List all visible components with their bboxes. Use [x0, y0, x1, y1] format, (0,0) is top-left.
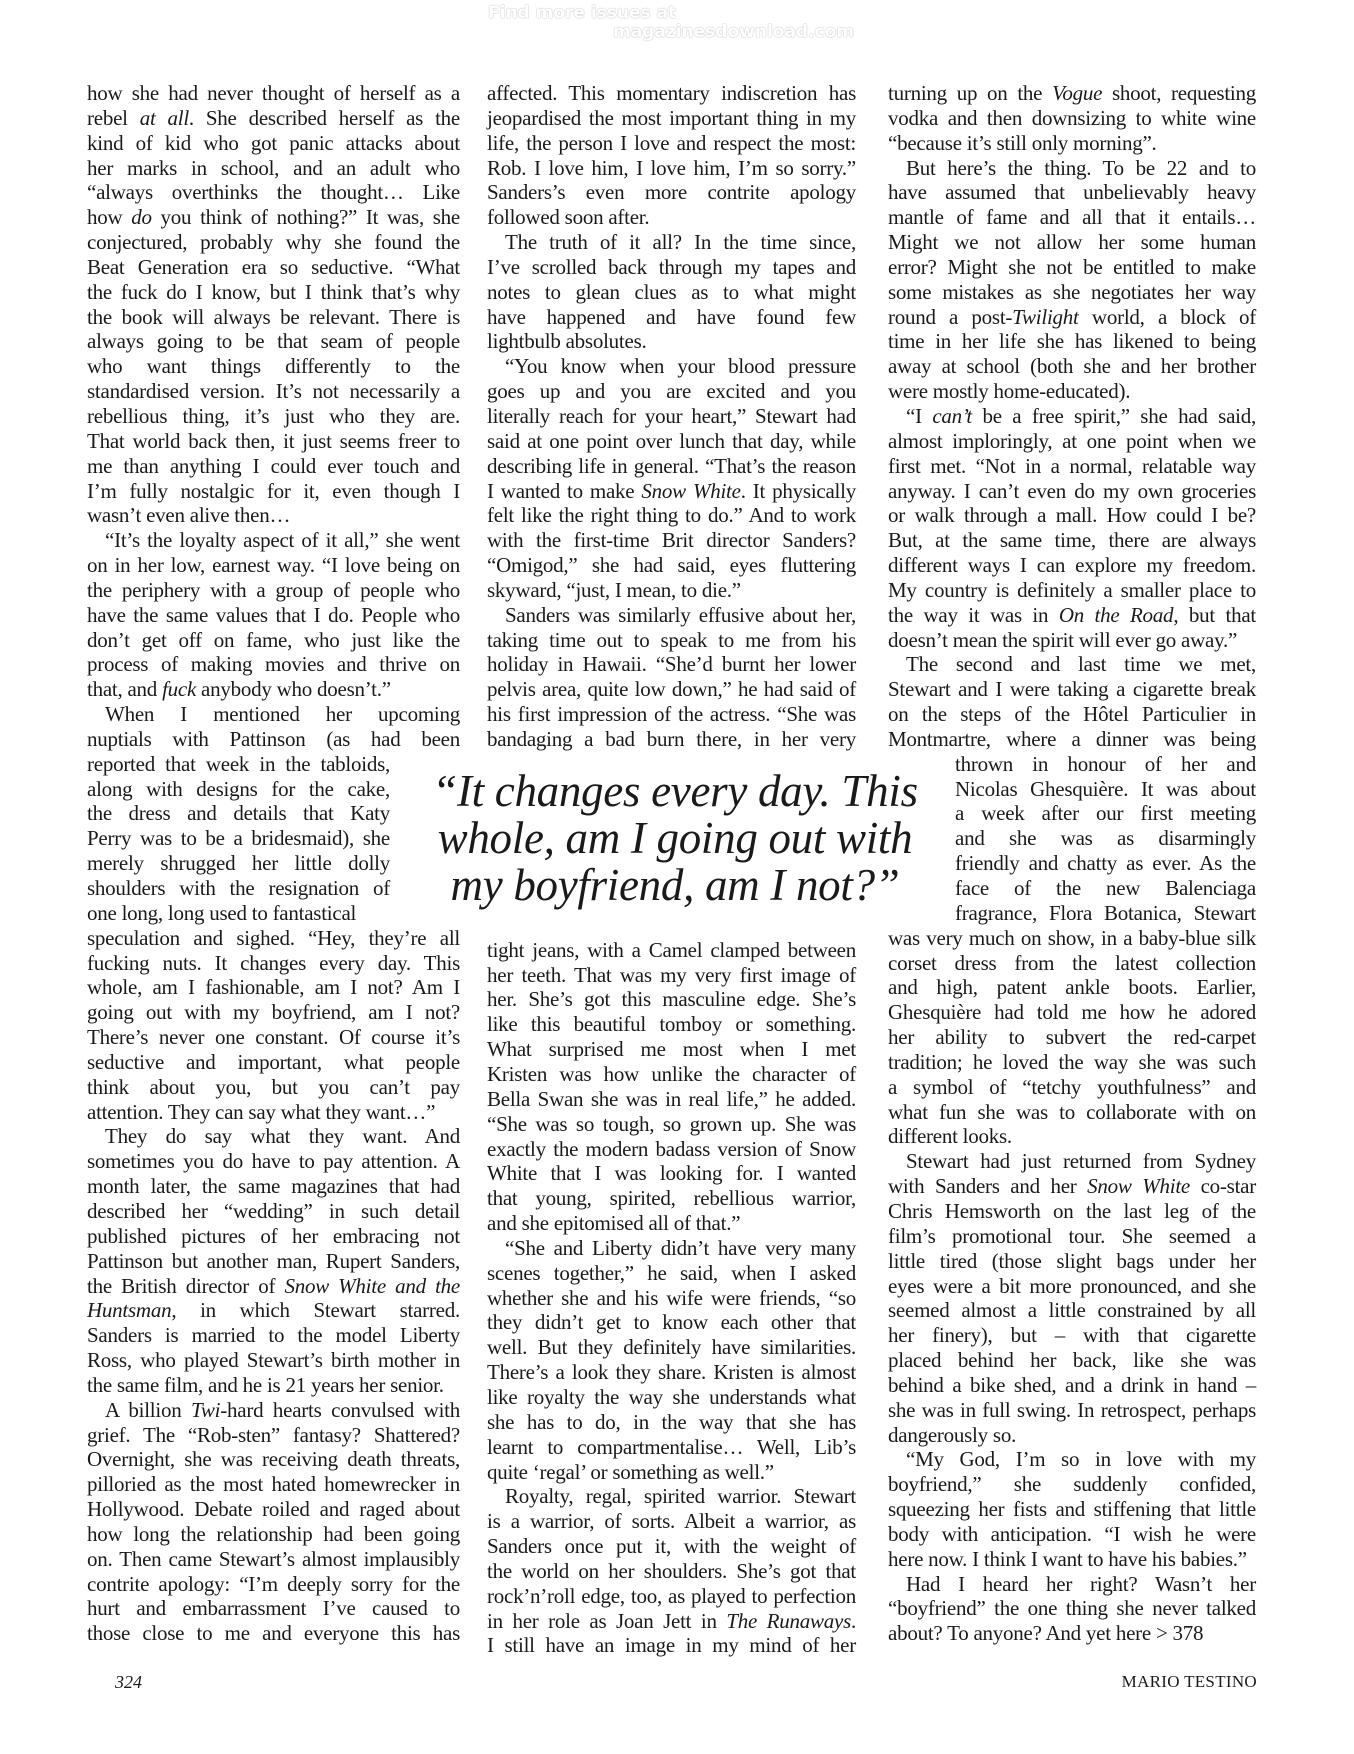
article-line: Might we not allow her some human	[888, 230, 1256, 255]
article-line: Overnight, she was receiving death threa…	[87, 1447, 460, 1472]
article-line: almost imploringly, at one point when we	[888, 429, 1256, 454]
article-line: The truth of it all? In the time since,	[487, 230, 856, 255]
article-line: the same film, and he is 21 years her se…	[87, 1373, 460, 1398]
article-line: Ross, who played Stewart’s birth mother …	[87, 1348, 460, 1373]
article-line: speculation and sighed. “Hey, they’re al…	[87, 926, 460, 951]
article-line: away at school (both she and her brother	[888, 354, 1256, 379]
article-line: lightbulb absolutes.	[487, 329, 856, 354]
article-line: going out with my boyfriend, am I not?	[87, 1000, 460, 1025]
watermark: Find more issues at magazinesdownload.co…	[480, 4, 880, 42]
article-line: error? Might she not be entitled to make	[888, 255, 1256, 280]
article-line: jeopardised the most important thing in …	[487, 106, 856, 131]
article-line: White that I was looking for. I wanted	[487, 1161, 856, 1186]
pull-quote: “It changes every day. This whole, am I …	[395, 768, 955, 909]
article-line: and she was as disarmingly	[955, 826, 1256, 851]
article-line: Stewart and I were taking a cigarette br…	[888, 677, 1256, 702]
pull-quote-line: “It changes every day. This	[395, 768, 955, 815]
article-line: rebellious thing, it’s just who they are…	[87, 404, 460, 429]
article-line: conjectured, probably why she found the	[87, 230, 460, 255]
article-line: Sanders’s even more contrite apology	[487, 180, 856, 205]
article-line: eyes were a bit more pronounced, and she	[888, 1274, 1256, 1299]
article-line: nuptials with Pattinson (as had been	[87, 727, 460, 752]
article-line: learnt to compartmentalise… Well, Lib’s	[487, 1435, 856, 1460]
article-line: she was in full swing. In retrospect, pe…	[888, 1398, 1256, 1423]
article-line: “boyfriend” the one thing she never talk…	[888, 1596, 1256, 1621]
article-line: a week after our first meeting	[955, 801, 1256, 826]
article-line: the periphery with a group of people who	[87, 578, 460, 603]
article-line: what fun she was to collaborate with on	[888, 1100, 1256, 1125]
article-line: skyward, “just, I mean, to die.”	[487, 578, 856, 603]
article-line: have the same values that I do. People w…	[87, 603, 460, 628]
article-line: contrite apology: “I’m deeply sorry for …	[87, 1572, 460, 1597]
article-line: Sanders once put it, with the weight of	[487, 1534, 856, 1559]
article-line: doesn’t mean the spirit will ever go awa…	[888, 628, 1256, 653]
article-line: published pictures of her embracing not	[87, 1224, 460, 1249]
article-line: or walk through a mall. How could I be?	[888, 503, 1256, 528]
article-line: different ways I can explore my freedom.	[888, 553, 1256, 578]
article-line: on the steps of the Hôtel Particulier in	[888, 702, 1256, 727]
article-line: taking time out to speak to me from his	[487, 628, 856, 653]
article-line: the world on her shoulders. She’s got th…	[487, 1559, 856, 1584]
article-line: on. Then came Stewart’s almost implausib…	[87, 1547, 460, 1572]
article-line: the dress and details that Katy	[87, 801, 390, 826]
article-line: with Sanders and her Snow White co-star	[888, 1174, 1256, 1199]
article-line: “always overthinks the thought… Like	[87, 180, 460, 205]
pull-quote-line: my boyfriend, am I not?”	[395, 862, 955, 909]
article-line: the fuck do I know, but I think that’s w…	[87, 280, 460, 305]
article-line: little tired (those slight bags under he…	[888, 1249, 1256, 1274]
article-line: “It’s the loyalty aspect of it all,” she…	[87, 528, 460, 553]
article-line: those close to me and everyone this has	[87, 1621, 460, 1646]
article-line: like this beautiful tomboy or something.	[487, 1012, 856, 1037]
article-line: described her “wedding” in such detail	[87, 1199, 460, 1224]
article-line: her ability to subvert the red-carpet	[888, 1025, 1256, 1050]
article-line: about? To anyone? And yet here > 378	[888, 1621, 1256, 1646]
article-line: pelvis area, quite low down,” he had sai…	[487, 677, 856, 702]
article-line: shoulders with the resignation of	[87, 876, 390, 901]
article-line: was very much on show, in a baby-blue si…	[888, 926, 1256, 951]
article-line: rebel at all. She described herself as t…	[87, 106, 460, 131]
article-line: friendly and chatty as ever. As the	[955, 851, 1256, 876]
article-line: and she epitomised all of that.”	[487, 1211, 856, 1236]
article-line: mantle of fame and all that it entails…	[888, 205, 1256, 230]
page-number: 324	[115, 1672, 142, 1693]
article-line: how she had never thought of herself as …	[87, 81, 460, 106]
article-line: dangerously so.	[888, 1423, 1256, 1448]
article-line: Kristen was how unlike the character of	[487, 1062, 856, 1087]
article-line: followed soon after.	[487, 205, 856, 230]
article-line: affected. This momentary indiscretion ha…	[487, 81, 856, 106]
magazine-page: Find more issues at magazinesdownload.co…	[0, 0, 1354, 1754]
article-line: whole, am I fashionable, am I not? Am I	[87, 975, 460, 1000]
article-line: felt like the right thing to do.” And to…	[487, 503, 856, 528]
article-line: Chris Hemsworth on the last leg of the	[888, 1199, 1256, 1224]
article-line: her teeth. That was my very first image …	[487, 963, 856, 988]
article-line: her finery), but – with that cigarette	[888, 1323, 1256, 1348]
article-line: process of making movies and thrive on	[87, 652, 460, 677]
article-line: said at one point over lunch that day, w…	[487, 429, 856, 454]
article-line: whether she and his wife were friends, “…	[487, 1286, 856, 1311]
article-line: me than anything I could ever touch and	[87, 454, 460, 479]
article-line: Hollywood. Debate roiled and raged about	[87, 1497, 460, 1522]
article-line: face of the new Balenciaga	[955, 876, 1256, 901]
article-line: don’t get off on fame, who just like the	[87, 628, 460, 653]
article-line: fucking nuts. It changes every day. This	[87, 951, 460, 976]
article-line: have assumed that unbelievably heavy	[888, 180, 1256, 205]
article-line: they didn’t get to know each other that	[487, 1310, 856, 1335]
article-line: Pattinson but another man, Rupert Sander…	[87, 1249, 460, 1274]
article-line: body with anticipation. “I wish he were	[888, 1522, 1256, 1547]
article-line: Huntsman, in which Stewart starred.	[87, 1298, 460, 1323]
article-line: Ghesquière had told me how he adored	[888, 1000, 1256, 1025]
article-line: squeezing her fists and stiffening that …	[888, 1497, 1256, 1522]
watermark-line-1: Find more issues at	[480, 4, 880, 23]
article-line: that, and fuck anybody who doesn’t.”	[87, 677, 460, 702]
article-line: how do you think of nothing?” It was, sh…	[87, 205, 460, 230]
article-line: A billion Twi-hard hearts convulsed with	[87, 1398, 460, 1423]
article-line: fragrance, Flora Botanica, Stewart	[955, 901, 1256, 926]
article-line: time in her life she has likened to bein…	[888, 329, 1256, 354]
article-line: hurt and embarrassment I’ve caused to	[87, 1596, 460, 1621]
watermark-line-2: magazinesdownload.com	[480, 23, 880, 42]
article-line: with the first-time Brit director Sander…	[487, 528, 856, 553]
article-line: That world back then, it just seems free…	[87, 429, 460, 454]
article-line: Had I heard her right? Wasn’t her	[888, 1572, 1256, 1597]
article-line: The second and last time we met,	[888, 652, 1256, 677]
article-line: grief. The “Rob-sten” fantasy? Shattered…	[87, 1423, 460, 1448]
article-line: different looks.	[888, 1124, 1256, 1149]
article-line: Stewart had just returned from Sydney	[888, 1149, 1256, 1174]
article-line: There’s never one constant. Of course it…	[87, 1025, 460, 1050]
article-line: Perry was to be a bridesmaid), she	[87, 826, 390, 851]
article-line: My country is definitely a smaller place…	[888, 578, 1256, 603]
article-line: how long the relationship had been going	[87, 1522, 460, 1547]
article-line: Nicolas Ghesquière. It was about	[955, 777, 1256, 802]
article-line: When I mentioned her upcoming	[87, 702, 460, 727]
article-line: I’ve scrolled back through my tapes and	[487, 255, 856, 280]
article-line: holiday in Hawaii. “She’d burnt her lowe…	[487, 652, 856, 677]
article-line: a symbol of “tetchy youthfulness” and	[888, 1075, 1256, 1100]
article-line: quite ‘regal’ or something as well.”	[487, 1460, 856, 1485]
article-line: describing life in general. “That’s the …	[487, 454, 856, 479]
article-line: Montmartre, where a dinner was being	[888, 727, 1256, 752]
article-line: “She and Liberty didn’t have very many	[487, 1236, 856, 1261]
article-line: his first impression of the actress. “Sh…	[487, 702, 856, 727]
article-line: “because it’s still only morning”.	[888, 131, 1256, 156]
article-line: who want things differently to the	[87, 354, 460, 379]
article-line: the way it was in On the Road, but that	[888, 603, 1256, 628]
article-line: But here’s the thing. To be 22 and to	[888, 156, 1256, 181]
article-line: “She was so tough, so grown up. She was	[487, 1112, 856, 1137]
article-line: There’s a look they share. Kristen is al…	[487, 1360, 856, 1385]
article-line: Royalty, regal, spirited warrior. Stewar…	[487, 1484, 856, 1509]
article-line: scenes together,” he said, when I asked	[487, 1261, 856, 1286]
article-line: They do say what they want. And	[87, 1124, 460, 1149]
article-line: Sanders was similarly effusive about her…	[487, 603, 856, 628]
article-line: wasn’t even alive then…	[87, 503, 460, 528]
article-line: tight jeans, with a Camel clamped betwee…	[487, 938, 856, 963]
article-line: along with designs for the cake,	[87, 777, 390, 802]
article-line: turning up on the Vogue shoot, requestin…	[888, 81, 1256, 106]
article-line: one long, long used to fantastical	[87, 901, 390, 926]
article-line: seemed almost a little constrained by al…	[888, 1298, 1256, 1323]
article-line: that young, spirited, rebellious warrior…	[487, 1186, 856, 1211]
article-line: What surprised me most when I met	[487, 1037, 856, 1062]
article-line: Sanders is married to the model Liberty	[87, 1323, 460, 1348]
article-line: sometimes you do have to pay attention. …	[87, 1149, 460, 1174]
article-line: like royalty the way she understands wha…	[487, 1385, 856, 1410]
article-line: the book will always be relevant. There …	[87, 305, 460, 330]
article-line: thrown in honour of her and	[955, 752, 1256, 777]
article-line: pilloried as the most hated homewrecker …	[87, 1472, 460, 1497]
article-line: “I can’t be a free spirit,” she had said…	[888, 404, 1256, 429]
article-line: notes to glean clues as to what might	[487, 280, 856, 305]
article-line: Bella Swan she was in real life,” he add…	[487, 1087, 856, 1112]
article-line: Beat Generation era so seductive. “What	[87, 255, 460, 280]
article-line: But, at the same time, there are always	[888, 528, 1256, 553]
article-line: her. She’s got this masculine edge. She’…	[487, 987, 856, 1012]
article-line: were mostly home-educated).	[888, 379, 1256, 404]
article-line: behind a bike shed, and a drink in hand …	[888, 1373, 1256, 1398]
article-line: on in her low, earnest way. “I love bein…	[87, 553, 460, 578]
article-line: always going to be that seam of people	[87, 329, 460, 354]
article-line: placed behind her back, like she was	[888, 1348, 1256, 1373]
article-line: film’s promotional tour. She seemed a	[888, 1224, 1256, 1249]
article-line: reported that week in the tabloids,	[87, 752, 390, 777]
article-line: bandaging a bad burn there, in her very	[487, 727, 856, 752]
article-line: boyfriend,” she suddenly confided,	[888, 1472, 1256, 1497]
article-line: she has to do, in the way that she has	[487, 1410, 856, 1435]
article-line: literally reach for your heart,” Stewart…	[487, 404, 856, 429]
article-line: I wanted to make Snow White. It physical…	[487, 479, 856, 504]
article-line: rock’n’roll edge, too, as played to perf…	[487, 1584, 856, 1609]
article-line: here now. I think I want to have his bab…	[888, 1547, 1256, 1572]
article-line: goes up and you are excited and you	[487, 379, 856, 404]
article-line: have happened and have found few	[487, 305, 856, 330]
article-line: merely shrugged her little dolly	[87, 851, 390, 876]
article-line: first met. “Not in a normal, relatable w…	[888, 454, 1256, 479]
article-line: some mistakes as she negotiates her way	[888, 280, 1256, 305]
article-line: “My God, I’m so in love with my	[888, 1447, 1256, 1472]
article-line: “Omigod,” she had said, eyes fluttering	[487, 553, 856, 578]
article-line: in her role as Joan Jett in The Runaways…	[487, 1609, 856, 1634]
article-line: tradition; he loved the way she was such	[888, 1050, 1256, 1075]
article-line: Rob. I love him, I love him, I’m so sorr…	[487, 156, 856, 181]
article-line: and high, patent ankle boots. Earlier,	[888, 975, 1256, 1000]
article-line: attention. They can say what they want…”	[87, 1100, 460, 1125]
article-line: anyway. I can’t even do my own groceries	[888, 479, 1256, 504]
article-line: the British director of Snow White and t…	[87, 1274, 460, 1299]
article-line: think about you, but you can’t pay	[87, 1075, 460, 1100]
article-line: life, the person I love and respect the …	[487, 131, 856, 156]
article-line: well. But they definitely have similarit…	[487, 1335, 856, 1360]
article-line: corset dress from the latest collection	[888, 951, 1256, 976]
article-line: “You know when your blood pressure	[487, 354, 856, 379]
article-line: is a warrior, of sorts. Albeit a warrior…	[487, 1509, 856, 1534]
article-line: month later, the same magazines that had	[87, 1174, 460, 1199]
article-line: kind of kid who got panic attacks about	[87, 131, 460, 156]
photo-credit: MARIO TESTINO	[1122, 1672, 1257, 1692]
article-line: I still have an image in my mind of her	[487, 1633, 856, 1658]
article-line: I’m fully nostalgic for it, even though …	[87, 479, 460, 504]
article-line: round a post-Twilight world, a block of	[888, 305, 1256, 330]
pull-quote-line: whole, am I going out with	[395, 815, 955, 862]
article-line: seductive and important, what people	[87, 1050, 460, 1075]
article-line: her marks in school, and an adult who	[87, 156, 460, 181]
article-line: standardised version. It’s not necessari…	[87, 379, 460, 404]
article-line: vodka and then downsizing to white wine	[888, 106, 1256, 131]
article-line: exactly the modern badass version of Sno…	[487, 1137, 856, 1162]
